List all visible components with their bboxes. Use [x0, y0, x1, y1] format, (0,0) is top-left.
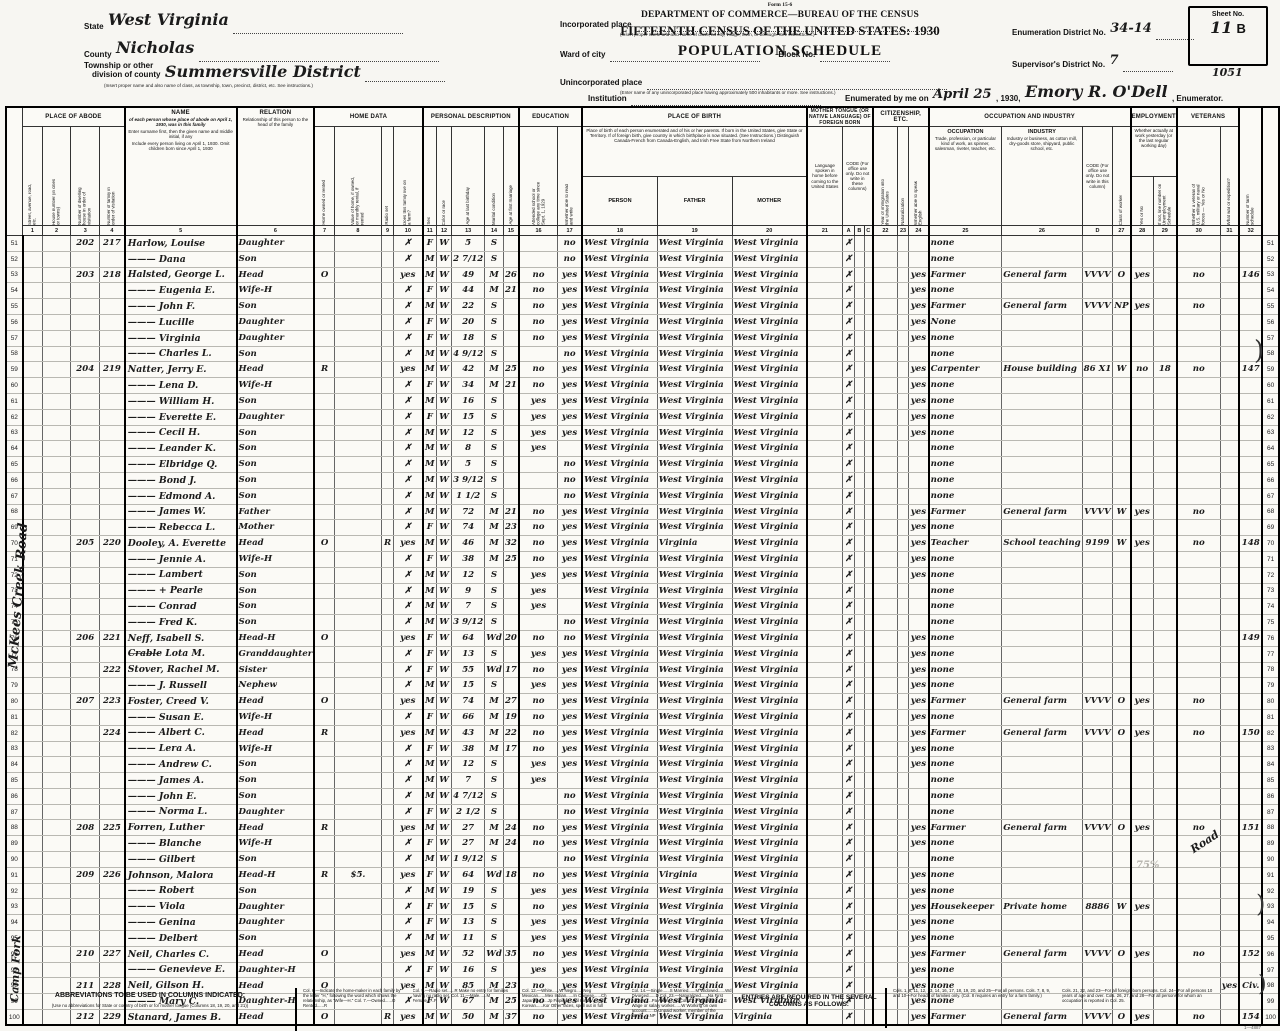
column-number: 15	[503, 226, 519, 236]
sheet-letter: B	[1237, 21, 1246, 36]
table-header: PLACE OF ABODE NAME of each person whose…	[6, 107, 1279, 236]
cell-family-number	[100, 393, 125, 409]
person-row: 73——— + PearleSon✗MW9SyesWest VirginiaWe…	[6, 583, 1279, 599]
cell-age-married: 21	[503, 504, 519, 520]
cell-school: no	[519, 946, 558, 962]
cell-farm: ✗	[393, 804, 422, 820]
cell-code-b	[855, 330, 864, 346]
cell-literate: yes	[558, 725, 583, 741]
cell-language	[807, 788, 843, 804]
cell-marital: S	[485, 472, 504, 488]
line-number-right: 87	[1262, 804, 1279, 820]
col-worker-class-header: Class of worker	[1113, 127, 1131, 226]
line-number-right: 59	[1262, 362, 1279, 378]
cell-code-c	[864, 725, 873, 741]
cell-marital: S	[485, 852, 504, 868]
cell-farm: ✗	[393, 378, 422, 394]
cell-radio	[382, 251, 394, 267]
cell-sex: F	[423, 409, 437, 425]
cell-code-c	[864, 615, 873, 631]
cell-immigration-year	[873, 899, 898, 915]
cell-naturalization	[897, 899, 908, 915]
cell-farm-schedule	[1239, 867, 1262, 883]
cell-worker-class	[1113, 314, 1131, 330]
cell-occupation: none	[929, 757, 1002, 773]
cell-age-married: 17	[503, 741, 519, 757]
cell-worker-class	[1113, 520, 1131, 536]
cell-mother-birthplace: West Virginia	[732, 725, 807, 741]
column-number: 20	[732, 226, 807, 236]
cell-father-birthplace: West Virginia	[657, 694, 732, 710]
cell-age: 49	[452, 267, 485, 283]
abbreviations-title: ABBREVIATIONS TO BE USED IN COLUMNS INDI…	[5, 992, 295, 1000]
cell-veteran	[1177, 283, 1220, 299]
cell-code-c	[864, 504, 873, 520]
cell-code-d	[1082, 662, 1113, 678]
cell-unemployment-line	[1153, 567, 1177, 583]
cell-family-number	[100, 441, 125, 457]
cell-father-birthplace: West Virginia	[657, 393, 732, 409]
cell-sex: F	[423, 899, 437, 915]
cell-birthplace: West Virginia	[582, 583, 657, 599]
cell-family-number	[100, 852, 125, 868]
cell-speaks-english: yes	[909, 378, 929, 394]
cell-mother-birthplace: West Virginia	[732, 741, 807, 757]
cell-literate: yes	[558, 899, 583, 915]
cell-radio	[382, 551, 394, 567]
cell-sex: F	[423, 741, 437, 757]
cell-immigration-year	[873, 378, 898, 394]
cell-age: 72	[452, 504, 485, 520]
cell-industry	[1002, 804, 1082, 820]
cell-age: 13	[452, 915, 485, 931]
cell-marital: S	[485, 330, 504, 346]
cell-birthplace: West Virginia	[582, 741, 657, 757]
cell-speaks-english: yes	[909, 915, 929, 931]
cell-name: ——— Genina	[125, 915, 237, 931]
cell-house-number	[42, 931, 71, 947]
cell-code-d	[1082, 630, 1113, 646]
cell-code-b	[855, 709, 864, 725]
cell-color: W	[436, 425, 451, 441]
cell-industry	[1002, 852, 1082, 868]
cell-code-c	[864, 804, 873, 820]
cell-immigration-year	[873, 694, 898, 710]
sheet-label: Sheet No.	[1190, 11, 1266, 18]
cell-veteran	[1177, 425, 1220, 441]
cell-mother-birthplace: West Virginia	[732, 378, 807, 394]
cell-worker-class	[1113, 788, 1131, 804]
cell-code-d: 86 X1	[1082, 362, 1113, 378]
cell-veteran	[1177, 757, 1220, 773]
cell-code-c	[864, 251, 873, 267]
cell-name: ——— Robert	[125, 883, 237, 899]
cell-dwelling-number	[71, 615, 100, 631]
cell-naturalization	[897, 757, 908, 773]
cell-code-a: ✗	[842, 488, 854, 504]
cell-house-number	[42, 773, 71, 789]
cell-code-b	[855, 741, 864, 757]
cell-school	[519, 488, 558, 504]
cell-code-b	[855, 646, 864, 662]
cell-radio	[382, 393, 394, 409]
cell-age: 66	[452, 709, 485, 725]
cell-code-c	[864, 362, 873, 378]
cell-language	[807, 314, 843, 330]
cell-relation: Wife-H	[237, 551, 315, 567]
cell-unemployment-line	[1153, 409, 1177, 425]
cell-sex: F	[423, 709, 437, 725]
cell-code-b	[855, 283, 864, 299]
cell-home-value	[334, 946, 381, 962]
column-number: 27	[1113, 226, 1131, 236]
cell-family-number: 221	[100, 630, 125, 646]
cell-code-a: ✗	[842, 457, 854, 473]
cell-code-c	[864, 551, 873, 567]
column-number: 28	[1131, 226, 1154, 236]
incorporated-note: (Insert proper name and also name of cla…	[620, 32, 936, 37]
cell-family-number: 223	[100, 694, 125, 710]
cell-worked-yesterday	[1131, 472, 1154, 488]
cell-mother-birthplace: West Virginia	[732, 599, 807, 615]
cell-sex: M	[423, 615, 437, 631]
cell-father-birthplace: West Virginia	[657, 488, 732, 504]
cell-veteran	[1177, 788, 1220, 804]
cell-naturalization	[897, 867, 908, 883]
cell-radio	[382, 472, 394, 488]
cell-farm-schedule	[1239, 441, 1262, 457]
cell-birthplace: West Virginia	[582, 551, 657, 567]
col-unemployment-line-header: If not, line number on Unemployment Sche…	[1153, 177, 1177, 226]
line-number-left: 81	[6, 709, 23, 725]
cell-immigration-year	[873, 457, 898, 473]
cell-home-value	[334, 393, 381, 409]
line-number-left: 58	[6, 346, 23, 362]
cell-occupation: none	[929, 867, 1002, 883]
cell-color: W	[436, 378, 451, 394]
cell-name: ——— Lena D.	[125, 378, 237, 394]
cell-code-a: ✗	[842, 330, 854, 346]
cell-radio	[382, 425, 394, 441]
cell-farm: ✗	[393, 425, 422, 441]
cell-veteran: no	[1177, 299, 1220, 315]
column-number: 4	[100, 226, 125, 236]
cell-veteran	[1177, 931, 1220, 947]
cell-mother-birthplace: West Virginia	[732, 899, 807, 915]
cell-age-married	[503, 441, 519, 457]
cell-color: W	[436, 962, 451, 978]
cell-worked-yesterday	[1131, 804, 1154, 820]
cell-immigration-year	[873, 599, 898, 615]
cell-radio	[382, 441, 394, 457]
cell-code-b	[855, 314, 864, 330]
cell-mother-birthplace: West Virginia	[732, 915, 807, 931]
cell-naturalization	[897, 773, 908, 789]
cell-war	[1220, 757, 1239, 773]
cell-birthplace: West Virginia	[582, 662, 657, 678]
col-school-header: Attended school or college any time sinc…	[519, 127, 558, 226]
cell-sex: F	[423, 662, 437, 678]
column-number: 2	[42, 226, 71, 236]
cell-color: W	[436, 773, 451, 789]
cell-home-value	[334, 536, 381, 552]
cell-industry	[1002, 962, 1082, 978]
cell-family-number: 227	[100, 946, 125, 962]
column-number: 17	[558, 226, 583, 236]
cell-age-married	[503, 409, 519, 425]
cell-code-b	[855, 757, 864, 773]
cell-immigration-year	[873, 409, 898, 425]
cell-birthplace: West Virginia	[582, 362, 657, 378]
person-row: 74——— ConradSon✗MW7SyesWest VirginiaWest…	[6, 599, 1279, 615]
cell-code-d	[1082, 915, 1113, 931]
cell-radio	[382, 457, 394, 473]
cell-unemployment-line	[1153, 820, 1177, 836]
cell-code-b	[855, 457, 864, 473]
person-row: 72——— LambertSon✗MW12SyesyesWest Virgini…	[6, 567, 1279, 583]
col-english-header: Whether able to speak English	[909, 127, 929, 226]
cell-worked-yesterday	[1131, 393, 1154, 409]
cell-farm-schedule	[1239, 788, 1262, 804]
cell-worker-class: W	[1113, 536, 1131, 552]
cell-age-married	[503, 488, 519, 504]
cell-worked-yesterday	[1131, 409, 1154, 425]
cell-name: ——— Susan E.	[125, 709, 237, 725]
cell-sex: F	[423, 630, 437, 646]
township-value: Summersville District	[165, 62, 361, 81]
cell-code-d: VVVV	[1082, 694, 1113, 710]
cell-radio	[382, 946, 394, 962]
cell-industry	[1002, 551, 1082, 567]
cell-occupation: none	[929, 773, 1002, 789]
cell-industry	[1002, 757, 1082, 773]
cell-immigration-year	[873, 251, 898, 267]
cell-color: W	[436, 630, 451, 646]
line-number-left: 84	[6, 757, 23, 773]
cell-house-number	[42, 757, 71, 773]
cell-code-a: ✗	[842, 662, 854, 678]
cell-code-d	[1082, 378, 1113, 394]
cell-worker-class	[1113, 630, 1131, 646]
cell-home-value	[334, 283, 381, 299]
cell-school: no	[519, 836, 558, 852]
line-number-left: 61	[6, 393, 23, 409]
sheet-value: 11	[1210, 18, 1232, 37]
cell-worker-class	[1113, 773, 1131, 789]
cell-mother-birthplace: West Virginia	[732, 299, 807, 315]
cell-color: W	[436, 393, 451, 409]
cell-code-c	[864, 694, 873, 710]
cell-worker-class: NP	[1113, 299, 1131, 315]
cell-veteran	[1177, 330, 1220, 346]
cell-father-birthplace: West Virginia	[657, 599, 732, 615]
line-number-right: 76	[1262, 630, 1279, 646]
cell-naturalization	[897, 946, 908, 962]
cell-family-number: 219	[100, 362, 125, 378]
cell-veteran	[1177, 314, 1220, 330]
cell-industry: General farm	[1002, 504, 1082, 520]
cell-radio	[382, 741, 394, 757]
cell-home-value	[334, 551, 381, 567]
cell-war	[1220, 694, 1239, 710]
cell-code-a: ✗	[842, 251, 854, 267]
cell-sex: M	[423, 267, 437, 283]
cell-home-owned: O	[314, 267, 334, 283]
cell-naturalization	[897, 583, 908, 599]
cell-radio	[382, 694, 394, 710]
cell-home-owned	[314, 520, 334, 536]
cell-worker-class	[1113, 709, 1131, 725]
cell-color: W	[436, 551, 451, 567]
cell-dwelling-number	[71, 457, 100, 473]
cell-farm-schedule: 149	[1239, 630, 1262, 646]
cell-birthplace: West Virginia	[582, 804, 657, 820]
state-line	[233, 23, 403, 34]
cell-house-number	[42, 599, 71, 615]
cell-marital: S	[485, 915, 504, 931]
cell-naturalization	[897, 915, 908, 931]
cell-home-owned	[314, 583, 334, 599]
cell-code-c	[864, 441, 873, 457]
cell-mother-birthplace: West Virginia	[732, 536, 807, 552]
cell-worked-yesterday	[1131, 314, 1154, 330]
cell-unemployment-line	[1153, 899, 1177, 915]
person-row: 81——— Susan E.Wife-H✗FW66M19noyesWest Vi…	[6, 709, 1279, 725]
person-row: 62——— Everette E.Daughter✗FW15SyesyesWes…	[6, 409, 1279, 425]
cell-code-c	[864, 709, 873, 725]
cell-code-d	[1082, 931, 1113, 947]
cell-code-a: ✗	[842, 520, 854, 536]
person-row: 53203218Halsted, George L.HeadOyesMW49M2…	[6, 267, 1279, 283]
cell-war	[1220, 646, 1239, 662]
cell-worker-class	[1113, 472, 1131, 488]
cell-color: W	[436, 678, 451, 694]
cell-code-d	[1082, 678, 1113, 694]
line-number-right: 85	[1262, 773, 1279, 789]
person-row: 69——— Rebecca L.Mother✗FW74M23noyesWest …	[6, 520, 1279, 536]
cell-worked-yesterday	[1131, 441, 1154, 457]
cell-house-number	[42, 899, 71, 915]
entries-column: Cols. 21, 22, and 23—For all foreign-bor…	[1062, 988, 1223, 1028]
cell-occupation: none	[929, 441, 1002, 457]
cell-house-number	[42, 694, 71, 710]
cell-home-value	[334, 425, 381, 441]
person-row: 68——— James W.Father✗MW72M21noyesWest Vi…	[6, 504, 1279, 520]
cell-immigration-year	[873, 504, 898, 520]
supervisor-district-line	[1123, 61, 1173, 72]
cell-father-birthplace: West Virginia	[657, 472, 732, 488]
cell-family-number	[100, 567, 125, 583]
cell-worker-class	[1113, 583, 1131, 599]
cell-age-married: 22	[503, 725, 519, 741]
cell-radio	[382, 852, 394, 868]
cell-farm: yes	[393, 362, 422, 378]
cell-code-c	[864, 646, 873, 662]
cell-home-owned	[314, 441, 334, 457]
cell-father-birthplace: West Virginia	[657, 504, 732, 520]
cell-house-number	[42, 741, 71, 757]
cell-age: 38	[452, 741, 485, 757]
cell-birthplace: West Virginia	[582, 931, 657, 947]
cell-birthplace: West Virginia	[582, 757, 657, 773]
cell-veteran	[1177, 678, 1220, 694]
cell-immigration-year	[873, 236, 898, 252]
cell-industry	[1002, 678, 1082, 694]
cell-literate: yes	[558, 567, 583, 583]
cell-occupation: none	[929, 662, 1002, 678]
cell-war	[1220, 314, 1239, 330]
cell-father-birthplace: West Virginia	[657, 788, 732, 804]
cell-language	[807, 931, 843, 947]
cell-color: W	[436, 283, 451, 299]
cell-farm: ✗	[393, 646, 422, 662]
cell-code-a: ✗	[842, 567, 854, 583]
cell-home-value	[334, 915, 381, 931]
cell-code-d	[1082, 836, 1113, 852]
cell-literate: yes	[558, 836, 583, 852]
cell-dwelling-number	[71, 393, 100, 409]
column-number: 9	[382, 226, 394, 236]
line-number-right: 57	[1262, 330, 1279, 346]
cell-color: W	[436, 946, 451, 962]
supervisor-district-label: Supervisor's District No.	[1012, 60, 1105, 69]
cell-occupation: Carpenter	[929, 362, 1002, 378]
group-education: EDUCATION	[519, 107, 582, 127]
cell-code-b	[855, 520, 864, 536]
cell-farm: ✗	[393, 504, 422, 520]
cell-mother-birthplace: West Virginia	[732, 962, 807, 978]
cell-sex: M	[423, 694, 437, 710]
cell-farm-schedule: 146	[1239, 267, 1262, 283]
column-number: B	[855, 226, 864, 236]
entries-required-title: ENTRIES ARE REQUIRED IN THE SEVERAL COLU…	[739, 988, 879, 1008]
cell-marital: M	[485, 504, 504, 520]
cell-worker-class	[1113, 757, 1131, 773]
cell-relation: Son	[237, 488, 315, 504]
cell-code-c	[864, 520, 873, 536]
line-number-col-header	[6, 107, 23, 236]
cell-family-number	[100, 899, 125, 915]
cell-farm: ✗	[393, 457, 422, 473]
cell-school: yes	[519, 931, 558, 947]
cell-school: no	[519, 314, 558, 330]
group-relation: RELATION Relationship of this person to …	[237, 107, 315, 226]
cell-unemployment-line	[1153, 662, 1177, 678]
cell-literate: yes	[558, 362, 583, 378]
cell-color: W	[436, 251, 451, 267]
cell-industry	[1002, 788, 1082, 804]
cell-color: W	[436, 536, 451, 552]
cell-literate: yes	[558, 425, 583, 441]
cell-code-c	[864, 931, 873, 947]
cell-code-b	[855, 899, 864, 915]
cell-farm: ✗	[393, 472, 422, 488]
cell-worked-yesterday	[1131, 583, 1154, 599]
cell-unemployment-line	[1153, 646, 1177, 662]
cell-color: W	[436, 646, 451, 662]
cell-age-married	[503, 472, 519, 488]
cell-literate: yes	[558, 741, 583, 757]
cell-mother-birthplace: West Virginia	[732, 425, 807, 441]
cell-mother-birthplace: West Virginia	[732, 836, 807, 852]
cell-industry	[1002, 251, 1082, 267]
cell-farm-schedule	[1239, 393, 1262, 409]
cell-code-c	[864, 567, 873, 583]
cell-radio	[382, 757, 394, 773]
cell-code-c	[864, 457, 873, 473]
cell-dwelling-number	[71, 346, 100, 362]
cell-radio	[382, 520, 394, 536]
